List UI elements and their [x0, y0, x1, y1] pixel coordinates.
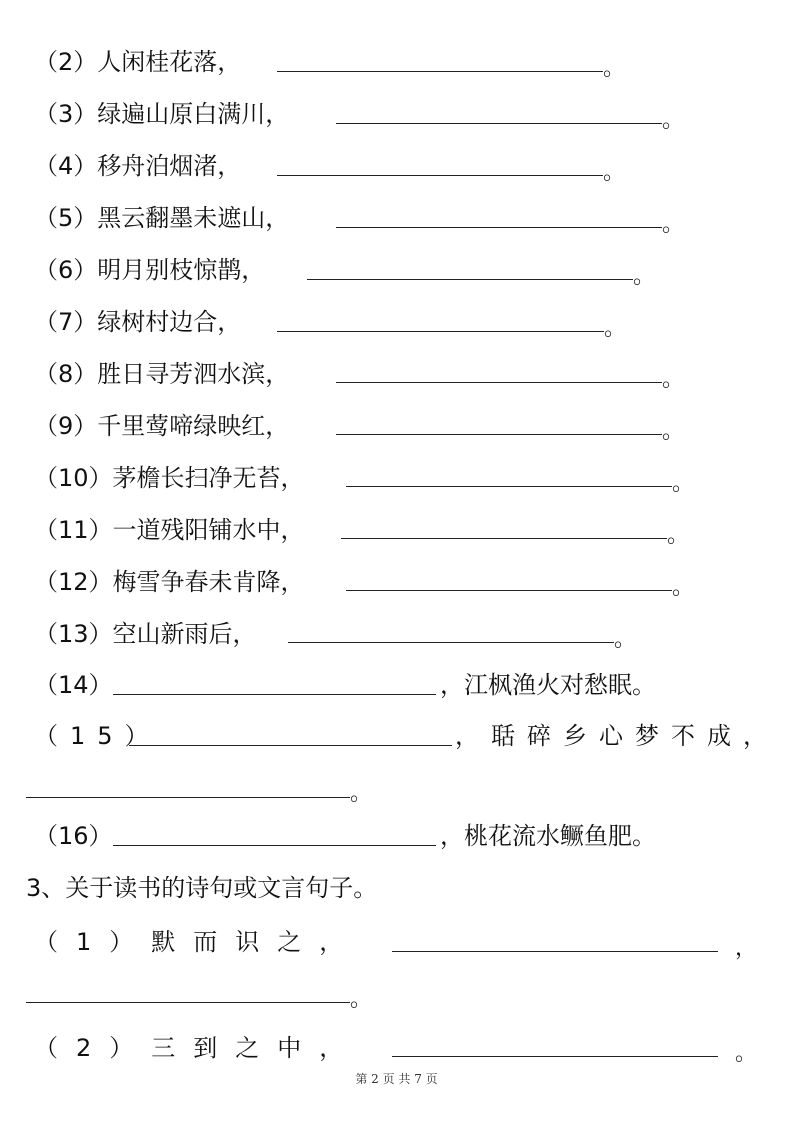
answer-blank[interactable]	[336, 227, 662, 228]
item-text: 默而识之，	[151, 924, 361, 960]
item-text: 一道残阳铺水中，	[113, 512, 305, 548]
end-period: 。	[662, 421, 684, 443]
item-text: ，聒碎乡心梦不成，	[455, 718, 779, 754]
end-period: 。	[735, 1043, 757, 1065]
answer-blank[interactable]	[113, 845, 436, 846]
question-item-15-text: ，聒碎乡心梦不成，	[455, 718, 779, 754]
question-item-16-text: ，桃花流水鳜鱼肥。	[440, 818, 656, 854]
end-period: 。	[662, 110, 684, 132]
end-period: 。	[662, 369, 684, 391]
item-number: （11）	[34, 512, 113, 548]
answer-blank[interactable]	[336, 123, 662, 124]
item-text: 明月别枝惊鹊，	[97, 252, 265, 288]
answer-blank[interactable]	[341, 538, 667, 539]
question-item-2: （2）人闲桂花落，	[34, 44, 241, 80]
item-text: 三到之中，	[151, 1030, 361, 1066]
answer-blank[interactable]	[277, 71, 603, 72]
question-item-7: （7）绿树村边合，	[34, 304, 241, 340]
item-text: 黑云翻墨未遮山，	[97, 200, 289, 236]
question-item-14-text: ，江枫渔火对愁眠。	[440, 667, 656, 703]
item-number: （6）	[34, 252, 97, 288]
item-text: 移舟泊烟渚，	[97, 148, 241, 184]
end-period: 。	[603, 58, 625, 80]
question-item-15-number: （15）	[34, 718, 161, 754]
question-item-16-number: （16）	[34, 818, 113, 854]
item-number: （8）	[34, 356, 97, 392]
item-number: （7）	[34, 304, 97, 340]
question-item-13: （13）空山新雨后，	[34, 616, 257, 652]
section-3-question-1: （1）默而识之，	[34, 924, 361, 960]
item-text: 梅雪争春未肯降，	[113, 564, 305, 600]
answer-blank[interactable]	[288, 642, 614, 643]
end-period: 。	[614, 629, 636, 651]
item-number: （9）	[34, 408, 97, 444]
item-text: 空山新雨后，	[113, 616, 257, 652]
end-period: 。	[633, 266, 655, 288]
item-text: 千里莺啼绿映红，	[97, 408, 289, 444]
section-3-question-2: （2）三到之中，	[34, 1030, 361, 1066]
end-period: 。	[350, 989, 372, 1011]
question-item-12: （12）梅雪争春未肯降，	[34, 564, 305, 600]
mid-comma: ，	[735, 938, 757, 960]
item-text: 茅檐长扫净无苔，	[113, 460, 305, 496]
answer-blank[interactable]	[336, 382, 662, 383]
question-item-9: （9）千里莺啼绿映红，	[34, 408, 289, 444]
answer-blank[interactable]	[392, 951, 718, 952]
question-item-10: （10）茅檐长扫净无苔，	[34, 460, 305, 496]
item-text: 绿树村边合，	[97, 304, 241, 340]
item-text: ，桃花流水鳜鱼肥。	[440, 818, 656, 854]
answer-blank[interactable]	[392, 1056, 718, 1057]
item-number: （3）	[34, 96, 97, 132]
item-number: （15）	[34, 718, 161, 754]
end-period: 。	[667, 525, 689, 547]
item-number: （5）	[34, 200, 97, 236]
item-text: 绿遍山原白满川，	[97, 96, 289, 132]
item-number: （13）	[34, 616, 113, 652]
answer-blank[interactable]	[307, 279, 633, 280]
section-3-heading: 3、关于读书的诗句或文言句子。	[26, 870, 377, 906]
question-item-6: （6）明月别枝惊鹊，	[34, 252, 265, 288]
question-item-4: （4）移舟泊烟渚，	[34, 148, 241, 184]
question-item-5: （5）黑云翻墨未遮山，	[34, 200, 289, 236]
answer-blank[interactable]	[346, 486, 672, 487]
item-text: 胜日寻芳泗水滨，	[97, 356, 289, 392]
answer-blank[interactable]	[336, 434, 662, 435]
item-number: （14）	[34, 667, 113, 703]
question-item-8: （8）胜日寻芳泗水滨，	[34, 356, 289, 392]
item-text: ，江枫渔火对愁眠。	[440, 667, 656, 703]
item-number: （16）	[34, 818, 113, 854]
question-item-3: （3）绿遍山原白满川，	[34, 96, 289, 132]
question-item-11: （11）一道残阳铺水中，	[34, 512, 305, 548]
item-number: （4）	[34, 148, 97, 184]
answer-blank[interactable]	[26, 1002, 350, 1003]
end-period: 。	[672, 577, 694, 599]
item-number: （2）	[34, 1030, 151, 1066]
item-number: （12）	[34, 564, 113, 600]
section-heading: 3、关于读书的诗句或文言句子。	[26, 870, 377, 906]
end-period: 。	[672, 473, 694, 495]
answer-blank[interactable]	[26, 797, 350, 798]
item-number: （1）	[34, 924, 151, 960]
answer-blank[interactable]	[277, 175, 603, 176]
end-period: 。	[350, 783, 372, 805]
item-text: 人闲桂花落，	[97, 44, 241, 80]
end-period: 。	[604, 318, 626, 340]
answer-blank[interactable]	[277, 331, 604, 332]
question-item-14-number: （14）	[34, 667, 113, 703]
page-footer: 第 2 页 共 7 页	[0, 1070, 793, 1087]
answer-blank[interactable]	[129, 745, 452, 746]
answer-blank[interactable]	[113, 694, 436, 695]
end-period: 。	[603, 162, 625, 184]
item-number: （10）	[34, 460, 113, 496]
item-number: （2）	[34, 44, 97, 80]
answer-blank[interactable]	[346, 590, 672, 591]
end-period: 。	[662, 214, 684, 236]
